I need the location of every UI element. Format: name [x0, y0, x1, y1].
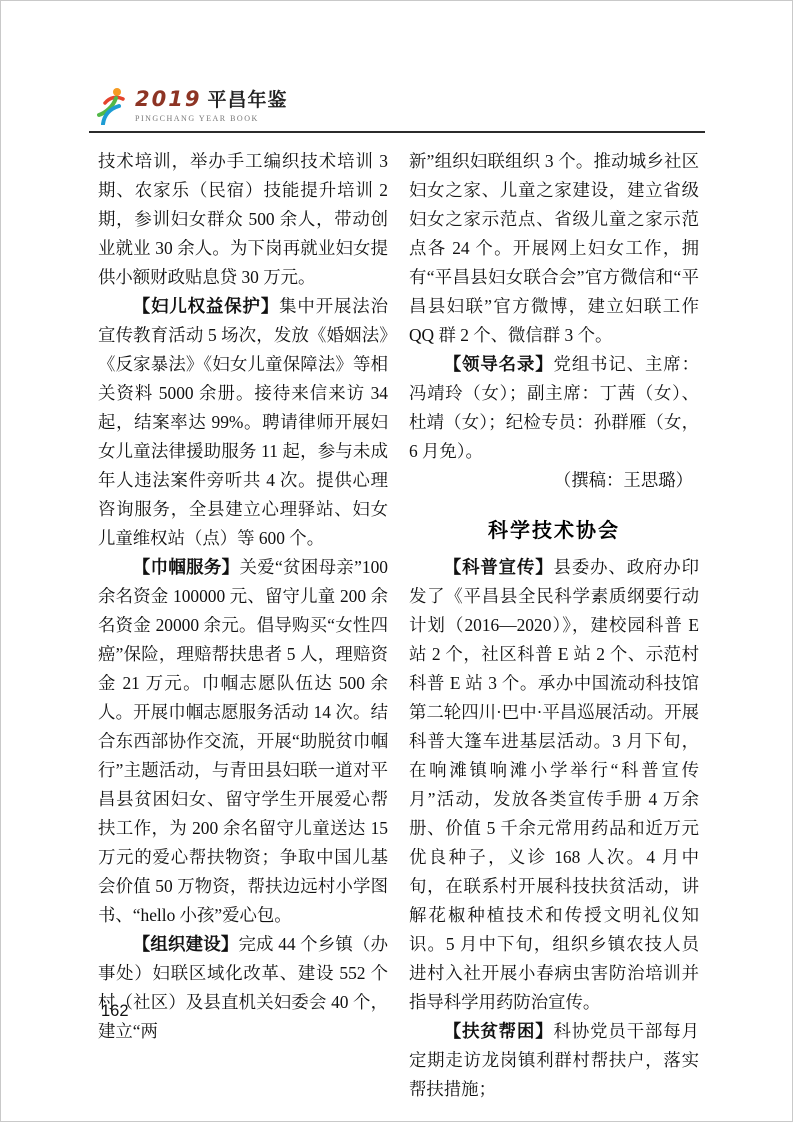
logo-year: 2019 — [135, 87, 201, 111]
paragraph-text: 关爱“贫困母亲”100 余名资金 100000 元、留守儿童 200 余名资金 … — [98, 557, 388, 925]
left-column: 技术培训，举办手工编织技术培训 3 期、农家乐（民宿）技能提升培训 2 期，参训… — [98, 147, 388, 1046]
logo-title: 平昌年鉴 — [207, 85, 287, 112]
yearbook-page: 2019 平昌年鉴 PINGCHANG YEAR BOOK 技术培训，举办手工编… — [0, 0, 793, 1122]
paragraph-text: 新”组织妇联组织 3 个。推动城乡社区妇女之家、儿童之家建设，建立省级妇女之家示… — [409, 151, 699, 345]
logo-text-block: 2019 平昌年鉴 PINGCHANG YEAR BOOK — [135, 85, 287, 123]
section-label: 【科普宣传】 — [444, 557, 554, 577]
header-logo: 2019 平昌年鉴 PINGCHANG YEAR BOOK — [95, 85, 287, 125]
right-column: 新”组织妇联组织 3 个。推动城乡社区妇女之家、儿童之家建设，建立省级妇女之家示… — [409, 147, 699, 1104]
paragraph-text: 县委办、政府办印发了《平昌县全民科学素质纲要行动计划（2016—2020）》，建… — [409, 557, 699, 1012]
paragraph-text: 集中开展法治宣传教育活动 5 场次，发放《婚姻法》《反家暴法》《妇女儿童保障法》… — [98, 296, 388, 548]
paragraph: 技术培训，举办手工编织技术培训 3 期、农家乐（民宿）技能提升培训 2 期，参训… — [98, 147, 388, 292]
paragraph: 【妇儿权益保护】集中开展法治宣传教育活动 5 场次，发放《婚姻法》《反家暴法》《… — [98, 292, 388, 553]
section-label: 【组织建设】 — [133, 934, 239, 954]
section-label: 【妇儿权益保护】 — [133, 296, 279, 316]
section-heading: 科学技术协会 — [409, 516, 699, 546]
paragraph: 【组织建设】完成 44 个乡镇（办事处）妇联区域化改革、建设 552 个村（社区… — [98, 930, 388, 1046]
paragraph: 新”组织妇联组织 3 个。推动城乡社区妇女之家、儿童之家建设，建立省级妇女之家示… — [409, 147, 699, 350]
paragraph: 【巾帼服务】关爱“贫困母亲”100 余名资金 100000 元、留守儿童 200… — [98, 553, 388, 930]
header-rule — [89, 131, 705, 133]
paragraph: 【领导名录】党组书记、主席：冯靖玲（女）；副主席：丁茜（女）、杜靖（女）；纪检专… — [409, 350, 699, 466]
paragraph-text: 技术培训，举办手工编织技术培训 3 期、农家乐（民宿）技能提升培训 2 期，参训… — [98, 151, 388, 287]
yearbook-logo-icon — [95, 85, 129, 125]
section-label: 【巾帼服务】 — [133, 557, 240, 577]
section-label: 【扶贫帮困】 — [444, 1021, 554, 1041]
byline: （撰稿：王思璐） — [409, 466, 699, 495]
section-label: 【领导名录】 — [444, 354, 554, 374]
paragraph: 【扶贫帮困】科协党员干部每月定期走访龙岗镇利群村帮扶户，落实帮扶措施； — [409, 1017, 699, 1104]
paragraph: 【科普宣传】县委办、政府办印发了《平昌县全民科学素质纲要行动计划（2016—20… — [409, 553, 699, 1017]
page-number: 162 — [101, 1002, 129, 1021]
logo-subtitle: PINGCHANG YEAR BOOK — [135, 114, 287, 123]
